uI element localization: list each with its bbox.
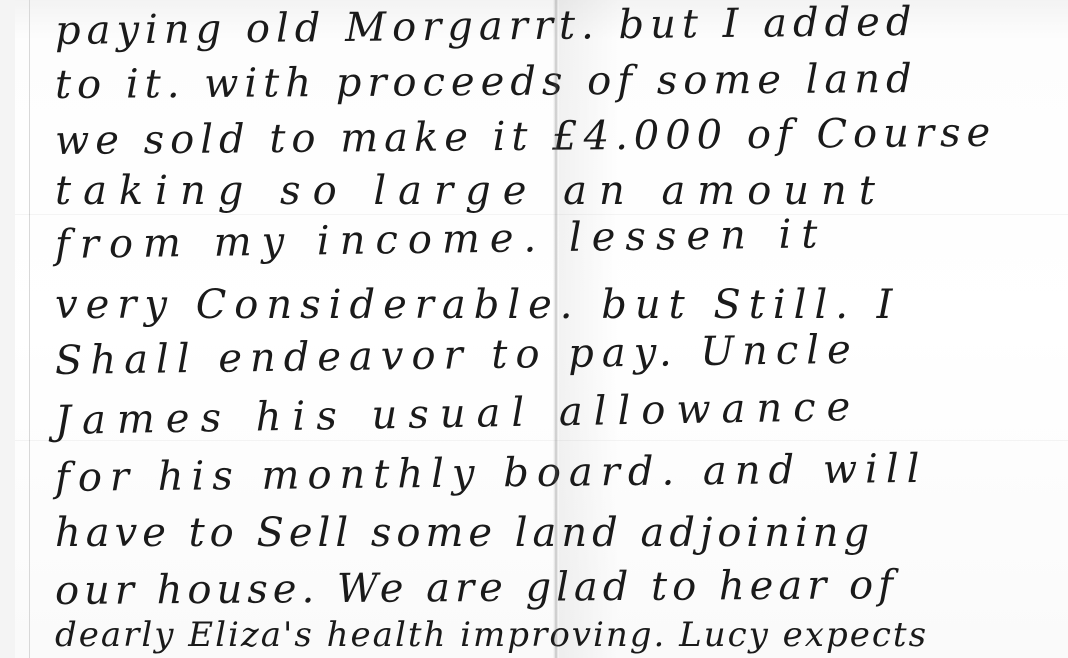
letter-line-11: our house. We are glad to hear of (55, 562, 898, 614)
letter-line-9: for his monthly board. and will (55, 446, 928, 501)
vertical-fold-crease (553, 0, 559, 658)
letter-line-12: dearly Eliza's health improving. Lucy ex… (55, 615, 928, 655)
page-left-edge (29, 0, 30, 658)
letter-line-5: from my income. lessen it (55, 211, 828, 268)
letter-line-4: taking so large an amount (55, 168, 887, 214)
letter-line-10: have to Sell some land adjoining (55, 510, 874, 556)
letter-page: paying old Morgarrt. but I added to it. … (15, 0, 1068, 658)
letter-line-2: to it. with proceeds of some land (55, 56, 918, 108)
fold-shadow (559, 0, 619, 658)
letter-line-7: Shall endeavor to pay. Uncle (55, 327, 859, 384)
letter-line-3: we sold to make it £4.000 of Course (55, 110, 997, 164)
letter-line-6: very Considerable. but Still. I (55, 282, 900, 328)
letter-line-8: James his usual allowance (55, 384, 862, 444)
letter-line-1: paying old Morgarrt. but I added (55, 0, 918, 54)
